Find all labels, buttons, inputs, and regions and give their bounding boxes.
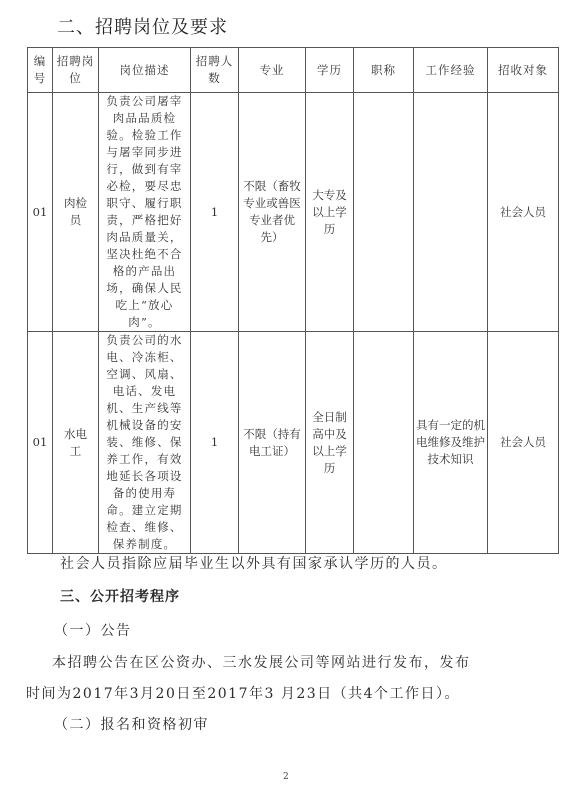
cell-title <box>354 93 414 332</box>
cell-major: 不限（持有电工证） <box>239 332 306 554</box>
table-row: 01 肉检员 负责公司屠宰肉品品质检验。检验工作与屠宰同步进行，做到有宰必检，要… <box>28 93 559 332</box>
cell-no: 01 <box>28 332 53 554</box>
cell-position: 水电工 <box>53 332 99 554</box>
header-education: 学历 <box>306 48 354 93</box>
header-count: 招聘人数 <box>191 48 239 93</box>
cell-no: 01 <box>28 93 53 332</box>
cell-description: 负责公司的水电、冷冻柜、空调、风扇、电话、发电机、生产线等机械设备的安装、维修、… <box>99 332 191 554</box>
cell-experience <box>414 93 488 332</box>
cell-count: 1 <box>191 93 239 332</box>
cell-title <box>354 332 414 554</box>
section2-heading: 二、招聘岗位及要求 <box>57 13 228 39</box>
header-major: 专业 <box>239 48 306 93</box>
header-position: 招聘岗位 <box>53 48 99 93</box>
header-title: 职称 <box>354 48 414 93</box>
cell-count: 1 <box>191 332 239 554</box>
announcement-paragraph-line1: 本招聘公告在区公资办、三水发展公司等网站进行发布，发布 <box>52 652 471 672</box>
recruitment-table: 编号 招聘岗位 岗位描述 招聘人数 专业 学历 职称 工作经验 招收对象 01 … <box>27 47 559 554</box>
header-experience: 工作经验 <box>414 48 488 93</box>
cell-position: 肉检员 <box>53 93 99 332</box>
subsection-announcement-heading: （一）公告 <box>54 620 132 640</box>
announcement-paragraph-line2: 时间为2017年3月20日至2017年3 月23日（共4个工作日）。 <box>26 683 460 703</box>
section3-heading: 三、公开招考程序 <box>60 586 180 606</box>
header-no: 编号 <box>28 48 53 93</box>
cell-education: 大专及以上学历 <box>306 93 354 332</box>
page-number: 2 <box>283 772 289 782</box>
header-target: 招收对象 <box>488 48 559 93</box>
table-row: 01 水电工 负责公司的水电、冷冻柜、空调、风扇、电话、发电机、生产线等机械设备… <box>28 332 559 554</box>
cell-education: 全日制高中及以上学历 <box>306 332 354 554</box>
cell-target: 社会人员 <box>488 332 559 554</box>
cell-description: 负责公司屠宰肉品品质检验。检验工作与屠宰同步进行，做到有宰必检，要尽忠职守、履行… <box>99 93 191 332</box>
cell-major: 不限（畜牧专业或兽医专业者优先） <box>239 93 306 332</box>
cell-experience: 具有一定的机电维修及维护技术知识 <box>414 332 488 554</box>
table-header-row: 编号 招聘岗位 岗位描述 招聘人数 专业 学历 职称 工作经验 招收对象 <box>28 48 559 93</box>
header-description: 岗位描述 <box>99 48 191 93</box>
note-text: 社会人员指除应届毕业生以外具有国家承认学历的人员。 <box>60 553 448 573</box>
cell-target: 社会人员 <box>488 93 559 332</box>
subsection-registration-heading: （二）报名和资格初审 <box>54 714 209 734</box>
